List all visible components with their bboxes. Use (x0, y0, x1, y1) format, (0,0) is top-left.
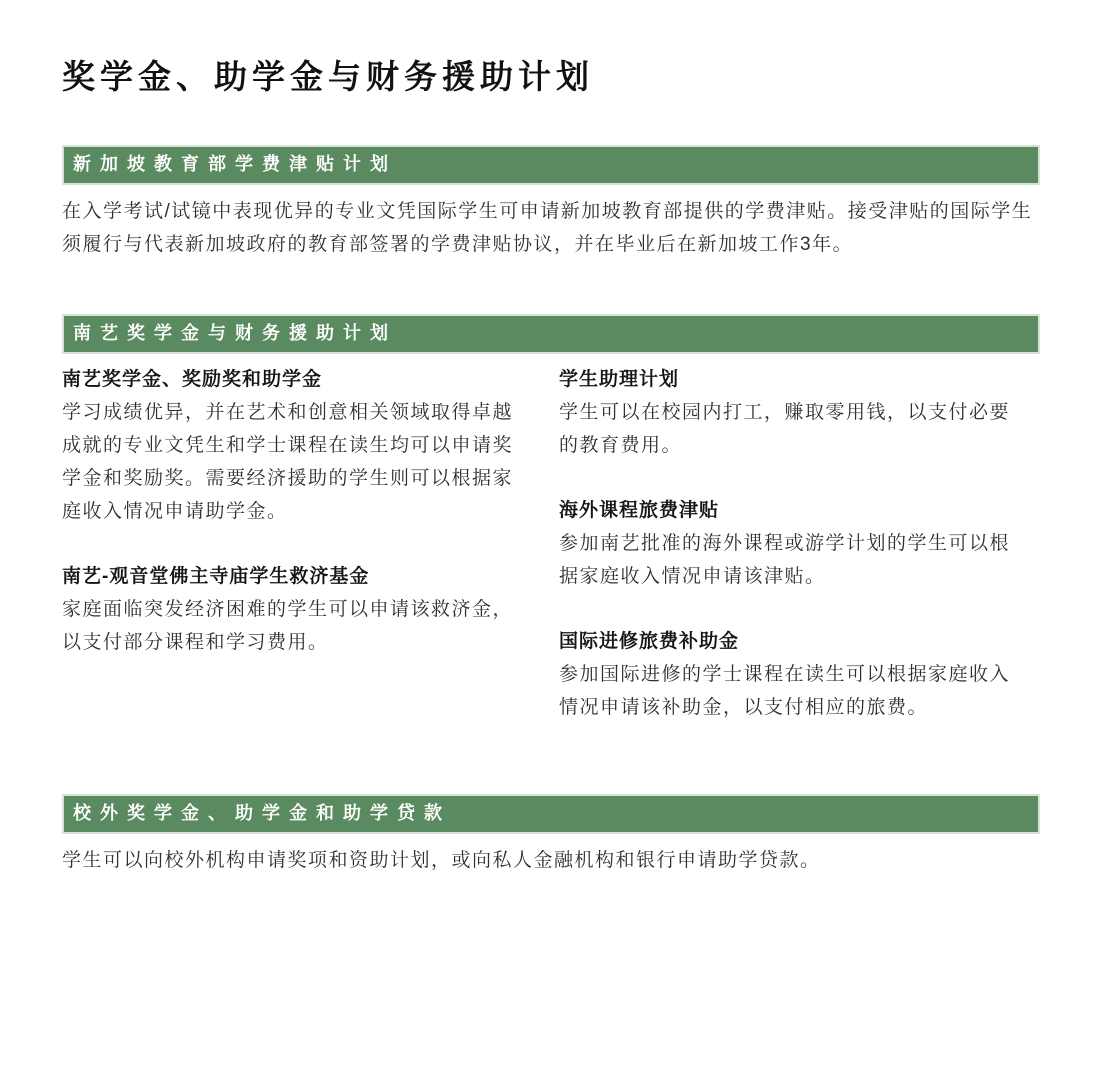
aid-item-overseas-travel-grant: 海外课程旅费津贴 参加南艺批准的海外课程或游学计划的学生可以根据家庭收入情况申请… (559, 494, 1019, 593)
aid-item-heading: 学生助理计划 (559, 363, 1019, 396)
two-column-layout: 南艺奖学金、奖励奖和助学金 学习成绩优异，并在艺术和创意相关领域取得卓越成就的专… (62, 363, 1040, 724)
aid-item-body: 参加国际进修的学士课程在读生可以根据家庭收入情况申请该补助金，以支付相应的旅费。 (559, 658, 1019, 724)
aid-item-heading: 南艺-观音堂佛主寺庙学生救济基金 (62, 560, 522, 593)
aid-item-heading: 南艺奖学金、奖励奖和助学金 (62, 363, 522, 396)
aid-item-temple-relief-fund: 南艺-观音堂佛主寺庙学生救济基金 家庭面临突发经济困难的学生可以申请该救济金，以… (62, 560, 522, 659)
section-body-text: 在入学考试/试镜中表现优异的专业文凭国际学生可申请新加坡教育部提供的学费津贴。接… (62, 195, 1040, 261)
aid-item-international-study-subsidy: 国际进修旅费补助金 参加国际进修的学士课程在读生可以根据家庭收入情况申请该补助金… (559, 625, 1019, 724)
section-external-aid: 校外奖学金、助学金和助学贷款 学生可以向校外机构申请奖项和资助计划，或向私人金融… (62, 794, 1040, 877)
section-nafa-scholarships: 南艺奖学金与财务援助计划 南艺奖学金、奖励奖和助学金 学习成绩优异，并在艺术和创… (62, 314, 1040, 724)
page-title: 奖学金、助学金与财务援助计划 (62, 57, 1040, 97)
section-body-text: 学生可以向校外机构申请奖项和资助计划，或向私人金融机构和银行申请助学贷款。 (62, 844, 1040, 877)
right-column: 学生助理计划 学生可以在校园内打工，赚取零用钱，以支付必要的教育费用。 海外课程… (559, 363, 1019, 724)
section-header-text: 南艺奖学金与财务援助计划 (73, 323, 397, 343)
aid-item-body: 学生可以在校园内打工，赚取零用钱，以支付必要的教育费用。 (559, 396, 1019, 462)
aid-item-heading: 国际进修旅费补助金 (559, 625, 1019, 658)
aid-item-student-assistant-scheme: 学生助理计划 学生可以在校园内打工，赚取零用钱，以支付必要的教育费用。 (559, 363, 1019, 462)
section-header-bar: 校外奖学金、助学金和助学贷款 (62, 794, 1040, 834)
section-header-text: 校外奖学金、助学金和助学贷款 (73, 803, 451, 823)
aid-item-body: 家庭面临突发经济困难的学生可以申请该救济金，以支付部分课程和学习费用。 (62, 593, 522, 659)
section-header-bar: 南艺奖学金与财务援助计划 (62, 314, 1040, 354)
section-moe-tuition-grant: 新加坡教育部学费津贴计划 在入学考试/试镜中表现优异的专业文凭国际学生可申请新加… (62, 145, 1040, 261)
aid-item-nafa-scholarships: 南艺奖学金、奖励奖和助学金 学习成绩优异，并在艺术和创意相关领域取得卓越成就的专… (62, 363, 522, 528)
aid-item-heading: 海外课程旅费津贴 (559, 494, 1019, 527)
section-header-text: 新加坡教育部学费津贴计划 (73, 154, 397, 174)
aid-item-body: 参加南艺批准的海外课程或游学计划的学生可以根据家庭收入情况申请该津贴。 (559, 527, 1019, 593)
section-header-bar: 新加坡教育部学费津贴计划 (62, 145, 1040, 185)
document-page: 奖学金、助学金与财务援助计划 新加坡教育部学费津贴计划 在入学考试/试镜中表现优… (0, 0, 1099, 1088)
aid-item-body: 学习成绩优异，并在艺术和创意相关领域取得卓越成就的专业文凭生和学士课程在读生均可… (62, 396, 522, 528)
left-column: 南艺奖学金、奖励奖和助学金 学习成绩优异，并在艺术和创意相关领域取得卓越成就的专… (62, 363, 522, 724)
